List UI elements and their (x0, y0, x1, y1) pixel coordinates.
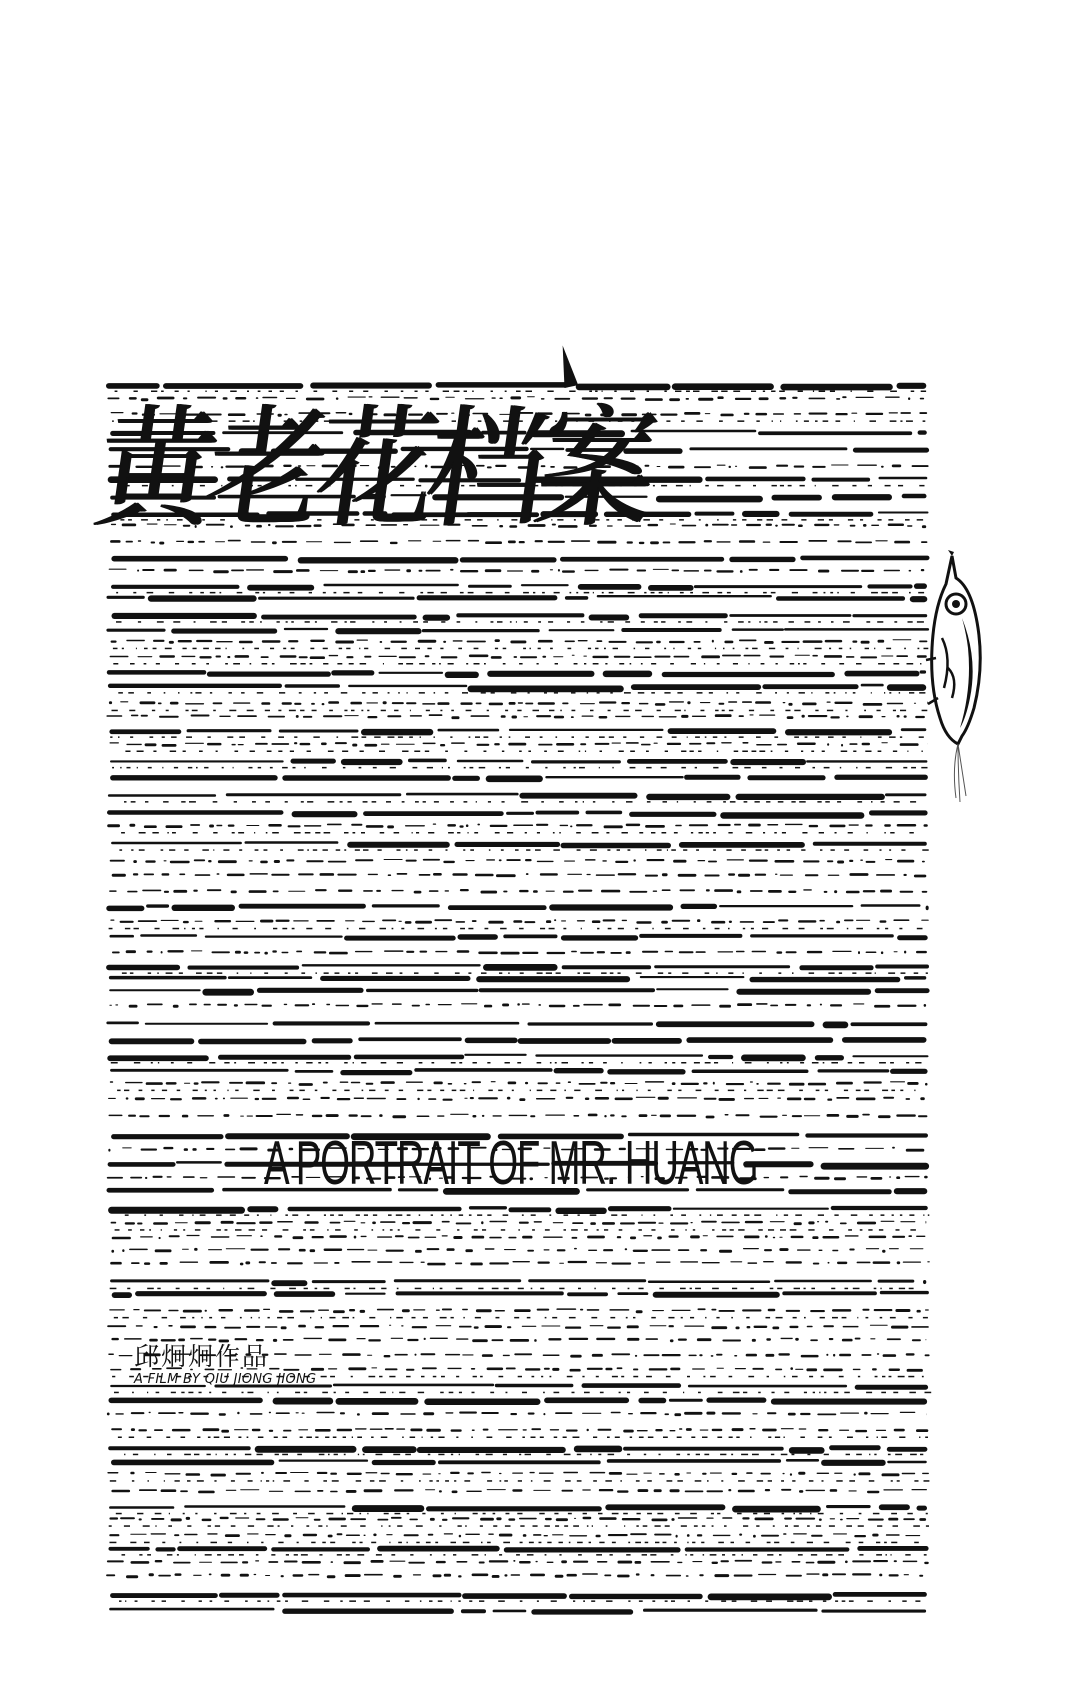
director-credit-chinese: 邱炯炯作品 (134, 1343, 269, 1371)
english-title: A PORTRAIT OF MR. HUANG (264, 1132, 580, 1196)
chinese-title: 黄老花档案 (84, 368, 672, 570)
english-title-container: A PORTRAIT OF MR. HUANG (132, 566, 642, 630)
director-credit-english: A FILM BY QIU JIONG JIONG (134, 1372, 316, 1388)
ink-stripe-pattern (0, 0, 1080, 1708)
film-poster: 黄老花档案 A PORTRAIT OF MR. HUANG 邱炯炯作品 A FI… (0, 0, 1080, 1708)
fish-drawing-icon (922, 548, 986, 808)
